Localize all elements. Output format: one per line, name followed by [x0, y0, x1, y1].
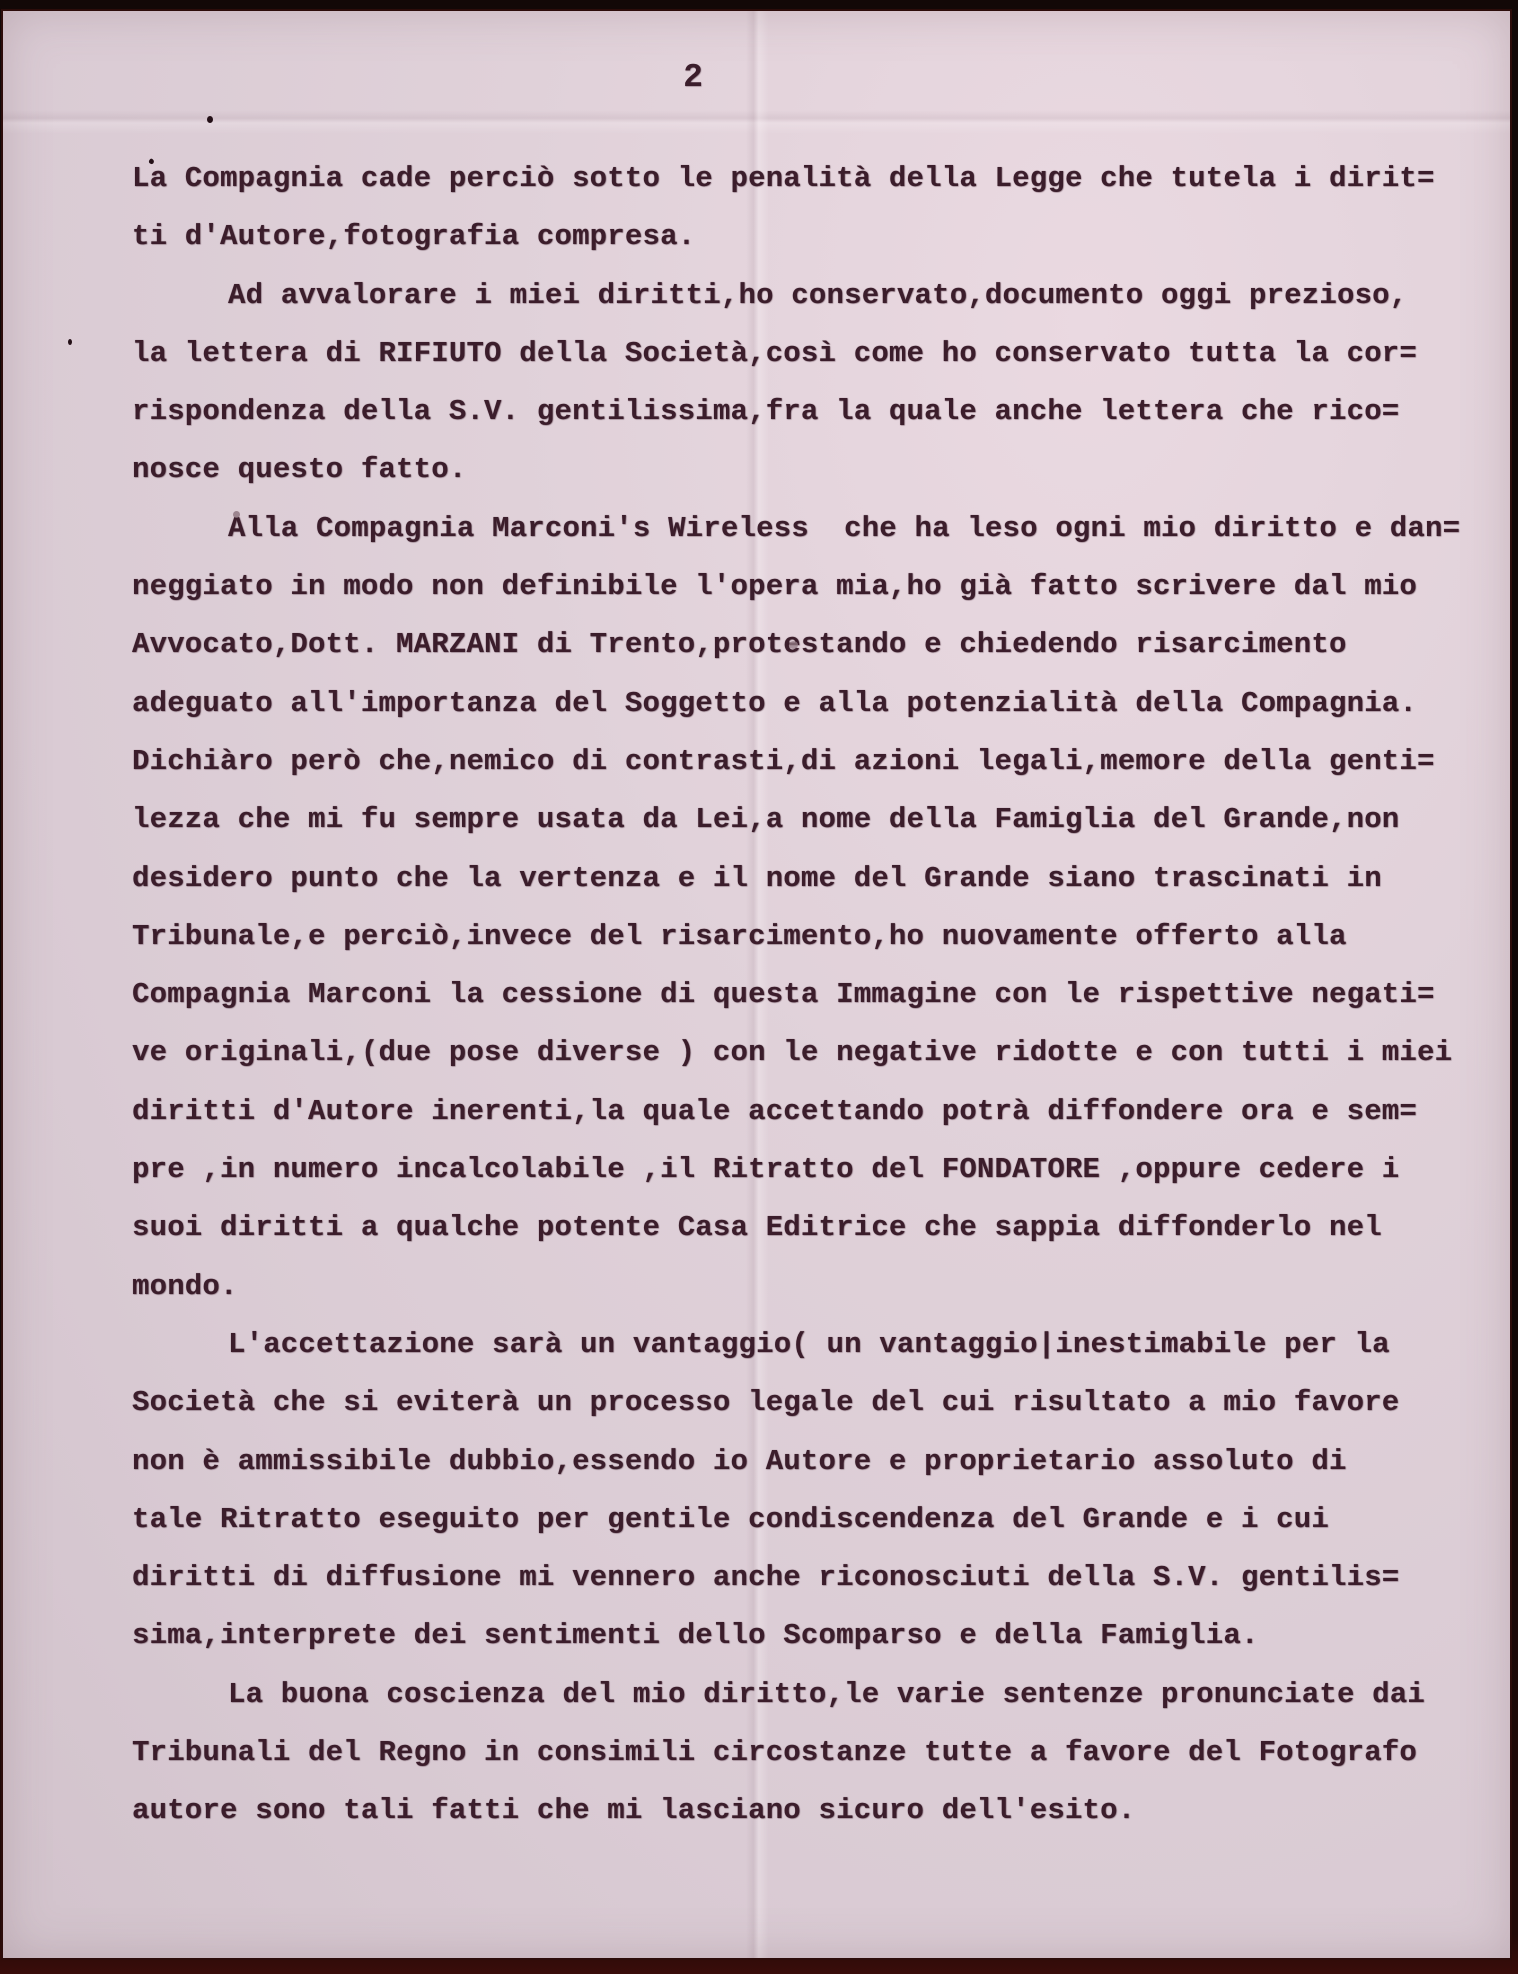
text-line: Compagnia Marconi la cessione di questa …: [132, 966, 1462, 1024]
text-line: Ad avvalorare i miei diritti,ho conserva…: [132, 267, 1462, 325]
text-line: neggiato in modo non definibile l'opera …: [132, 558, 1462, 616]
document-page: 2 La Compagnia cade perciò sotto le pena…: [3, 11, 1510, 1958]
ink-speck: [233, 511, 240, 518]
text-line: ve originali,(due pose diverse ) con le …: [132, 1024, 1462, 1082]
text-line: diritti d'Autore inerenti,la quale accet…: [132, 1083, 1462, 1141]
text-line: autore sono tali fatti che mi lasciano s…: [132, 1782, 1462, 1840]
text-line: tale Ritratto eseguito per gentile condi…: [132, 1491, 1462, 1549]
text-line: diritti di diffusione mi vennero anche r…: [132, 1549, 1462, 1607]
ink-speck: [68, 339, 72, 345]
text-line: rispondenza della S.V. gentilissima,fra …: [132, 383, 1462, 441]
text-line: Tribunali del Regno in consimili circost…: [132, 1724, 1462, 1782]
text-line: ti d'Autore,fotografia compresa.: [132, 208, 1462, 266]
text-line: non è ammissibile dubbio,essendo io Auto…: [132, 1433, 1462, 1491]
text-line: L'accettazione sarà un vantaggio( un van…: [132, 1316, 1462, 1374]
text-line: la lettera di RIFIUTO della Società,così…: [132, 325, 1462, 383]
text-line: lezza che mi fu sempre usata da Lei,a no…: [132, 791, 1462, 849]
ink-speck: [789, 641, 798, 649]
text-line: La Compagnia cade perciò sotto le penali…: [132, 150, 1462, 208]
text-line: sima,interprete dei sentimenti dello Sco…: [132, 1607, 1462, 1665]
text-line: desidero punto che la vertenza e il nome…: [132, 850, 1462, 908]
page-number: 2: [663, 59, 723, 96]
scan-background: 2 La Compagnia cade perciò sotto le pena…: [0, 0, 1518, 1974]
text-line: Dichiàro però che,nemico di contrasti,di…: [132, 733, 1462, 791]
text-line: La buona coscienza del mio diritto,le va…: [132, 1666, 1462, 1724]
text-line: nosce questo fatto.: [132, 441, 1462, 499]
text-lines: La Compagnia cade perciò sotto le penali…: [132, 150, 1462, 1841]
text-line: Società che si eviterà un processo legal…: [132, 1374, 1462, 1432]
text-line: Tribunale,e perciò,invece del risarcimen…: [132, 908, 1462, 966]
text-line: adeguato all'importanza del Soggetto e a…: [132, 675, 1462, 733]
text-line: Alla Compagnia Marconi's Wireless che ha…: [132, 500, 1462, 558]
ink-speck: [207, 116, 213, 123]
text-line: pre ,in numero incalcolabile ,il Ritratt…: [132, 1141, 1462, 1199]
text-line: mondo.: [132, 1258, 1462, 1316]
text-line: suoi diritti a qualche potente Casa Edit…: [132, 1199, 1462, 1257]
